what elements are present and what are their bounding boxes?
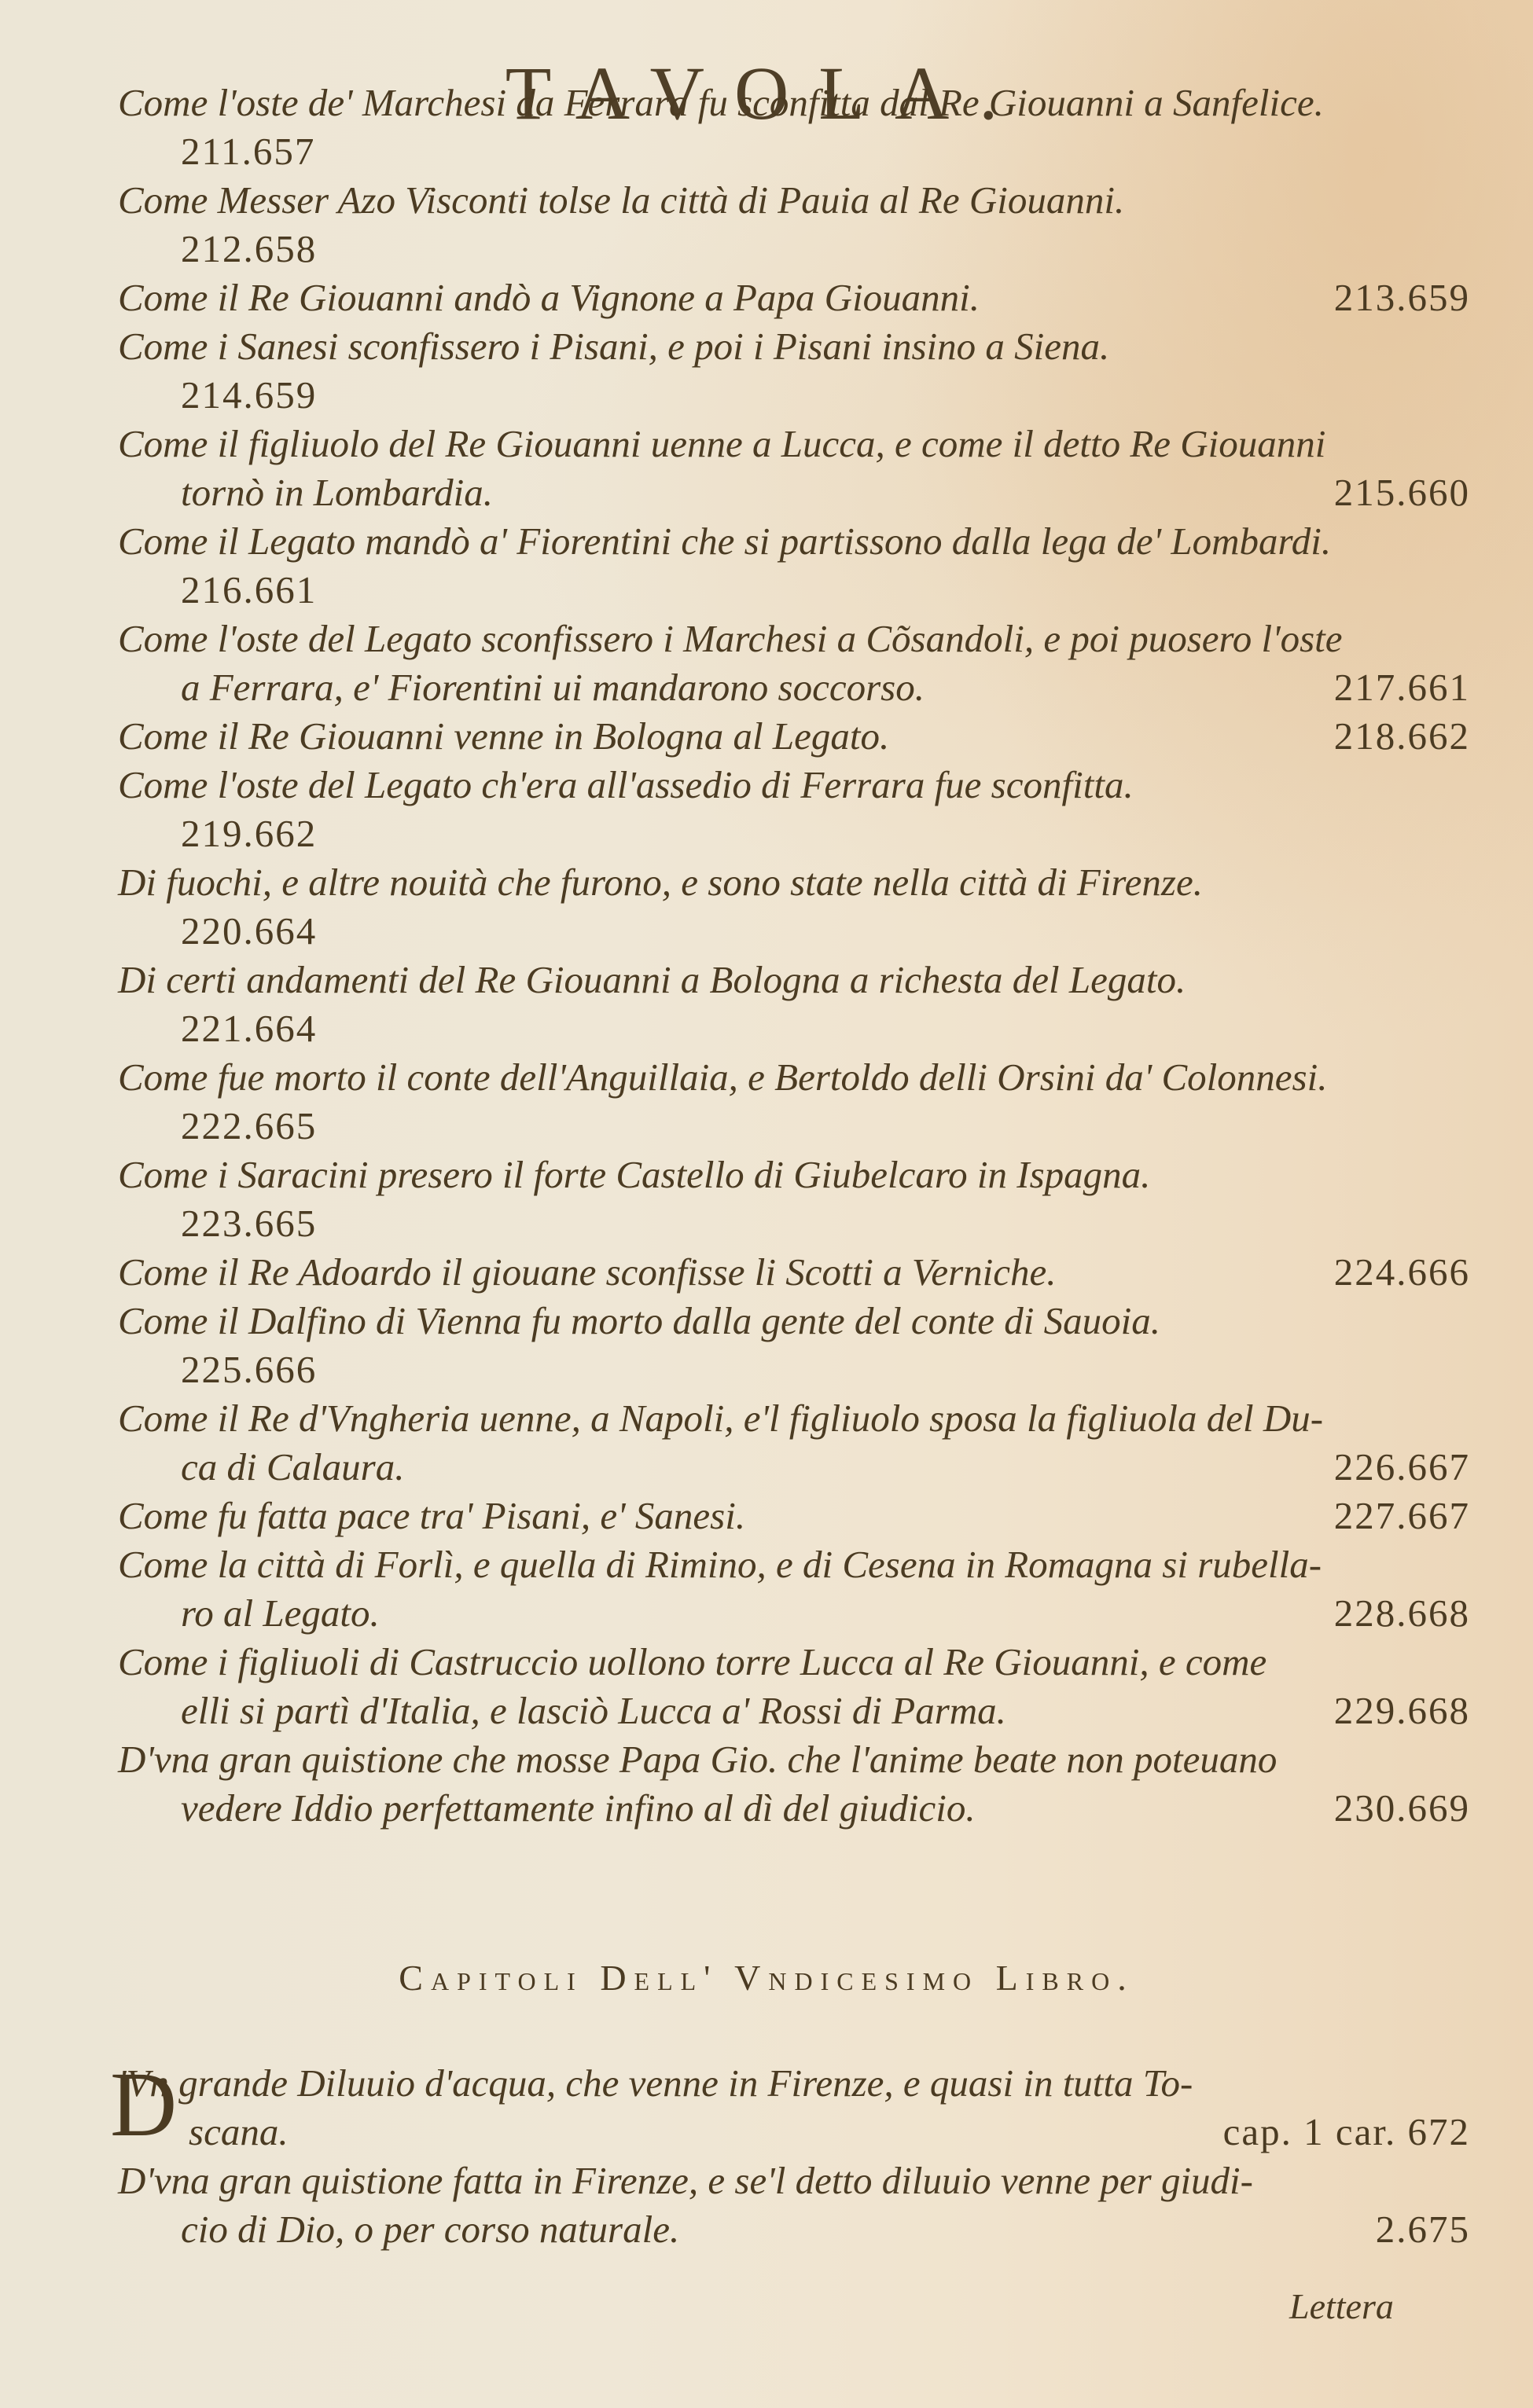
entry-line: D'vna gran quistione che mosse Papa Gio.… bbox=[118, 1735, 1470, 1784]
toc-entry: Come il figliuolo del Re Giouanni uenne … bbox=[118, 420, 1470, 517]
entry-line: Come il Re Adoardo il giouane sconfisse … bbox=[118, 1248, 1470, 1297]
entry-reference: 221.664 bbox=[181, 1004, 317, 1053]
entry-text: elli si partì d'Italia, e lasciò Lucca a… bbox=[181, 1687, 1006, 1735]
entry-text: Come il Dalfino di Vienna fu morto dalla… bbox=[118, 1297, 1160, 1345]
entry-text: Come il Re Adoardo il giouane sconfisse … bbox=[118, 1248, 1057, 1297]
section-entries: D'Vn grande Diluuio d'acqua, che venne i… bbox=[118, 2059, 1470, 2254]
entry-line: 211.657 bbox=[118, 127, 1470, 176]
entry-line: Come il Re d'Vngheria uenne, a Napoli, e… bbox=[118, 1394, 1470, 1443]
entry-text: scana. bbox=[189, 2108, 289, 2157]
toc-entry: Come l'oste de' Marchesi da Ferrara fu s… bbox=[118, 79, 1470, 176]
toc-entry: Come Messer Azo Visconti tolse la città … bbox=[118, 176, 1470, 273]
toc-entry: Come l'oste del Legato sconfissero i Mar… bbox=[118, 615, 1470, 712]
entry-line: Di fuochi, e altre nouità che furono, e … bbox=[118, 858, 1470, 907]
entry-line: D'vna gran quistione fatta in Firenze, e… bbox=[118, 2157, 1470, 2205]
entry-line: tornò in Lombardia.215.660 bbox=[118, 468, 1470, 517]
entry-text: Come l'oste del Legato sconfissero i Mar… bbox=[118, 615, 1343, 663]
entry-text: D'vna gran quistione che mosse Papa Gio.… bbox=[118, 1735, 1277, 1784]
entry-reference: 215.660 bbox=[1334, 468, 1470, 517]
toc-entry: D'vna gran quistione che mosse Papa Gio.… bbox=[118, 1735, 1470, 1833]
catchword: Lettera bbox=[1289, 2285, 1394, 2327]
entry-line: Come i figliuoli di Castruccio uollono t… bbox=[118, 1638, 1470, 1687]
entry-line: Come l'oste del Legato ch'era all'assedi… bbox=[118, 761, 1470, 809]
toc-entry: Come l'oste del Legato ch'era all'assedi… bbox=[118, 761, 1470, 858]
entry-line: Di certi andamenti del Re Giouanni a Bol… bbox=[118, 956, 1470, 1004]
entry-line: Come il Legato mandò a' Fiorentini che s… bbox=[118, 517, 1470, 566]
entry-line: Come l'oste del Legato sconfissero i Mar… bbox=[118, 615, 1470, 663]
toc-entry: Come il Re Giouanni venne in Bologna al … bbox=[118, 712, 1470, 761]
entry-reference: 228.668 bbox=[1334, 1589, 1470, 1638]
entry-text: D'vna gran quistione fatta in Firenze, e… bbox=[118, 2157, 1253, 2205]
entry-line: Come il figliuolo del Re Giouanni uenne … bbox=[118, 420, 1470, 468]
entry-text: Come l'oste de' Marchesi da Ferrara fu s… bbox=[118, 79, 1324, 127]
entry-reference: 220.664 bbox=[181, 907, 317, 956]
toc-entry: Come il Legato mandò a' Fiorentini che s… bbox=[118, 517, 1470, 615]
entry-line: cio di Dio, o per corso naturale.2.675 bbox=[118, 2205, 1470, 2254]
entry-text: Come il Re Giouanni andò a Vignone a Pap… bbox=[118, 273, 980, 322]
entry-line: Come i Sanesi sconfissero i Pisani, e po… bbox=[118, 322, 1470, 371]
entry-text: cio di Dio, o per corso naturale. bbox=[181, 2205, 679, 2254]
entry-line: 223.665 bbox=[118, 1199, 1470, 1248]
toc-entry: Come fue morto il conte dell'Anguillaia,… bbox=[118, 1053, 1470, 1151]
entry-line: a Ferrara, e' Fiorentini ui mandarono so… bbox=[118, 663, 1470, 712]
entry-line: 225.666 bbox=[118, 1345, 1470, 1394]
entry-reference: 227.667 bbox=[1334, 1492, 1470, 1540]
entry-text: a Ferrara, e' Fiorentini ui mandarono so… bbox=[181, 663, 925, 712]
toc-entry: Di fuochi, e altre nouità che furono, e … bbox=[118, 858, 1470, 956]
entry-text: Come fue morto il conte dell'Anguillaia,… bbox=[118, 1053, 1327, 1102]
entry-line: ro al Legato.228.668 bbox=[118, 1589, 1470, 1638]
entry-reference: 224.666 bbox=[1334, 1248, 1470, 1297]
toc-entry: Come fu fatta pace tra' Pisani, e' Sanes… bbox=[118, 1492, 1470, 1540]
toc-entry: Come il Dalfino di Vienna fu morto dalla… bbox=[118, 1297, 1470, 1394]
toc-entry: Come i figliuoli di Castruccio uollono t… bbox=[118, 1638, 1470, 1735]
entry-line: elli si partì d'Italia, e lasciò Lucca a… bbox=[118, 1687, 1470, 1735]
entry-text: Come l'oste del Legato ch'era all'assedi… bbox=[118, 761, 1134, 809]
entry-line: Come fue morto il conte dell'Anguillaia,… bbox=[118, 1053, 1470, 1102]
entry-text: Come i Saracini presero il forte Castell… bbox=[118, 1151, 1150, 1199]
entry-reference: 229.668 bbox=[1334, 1687, 1470, 1735]
entry-line: Come il Dalfino di Vienna fu morto dalla… bbox=[118, 1297, 1470, 1345]
entry-text: vedere Iddio perfettamente infino al dì … bbox=[181, 1784, 976, 1833]
entry-reference: 230.669 bbox=[1334, 1784, 1470, 1833]
entry-text: Come il Re d'Vngheria uenne, a Napoli, e… bbox=[118, 1394, 1323, 1443]
entry-line: 212.658 bbox=[118, 225, 1470, 273]
entry-text: Come i figliuoli di Castruccio uollono t… bbox=[118, 1638, 1266, 1687]
toc-entry: D'Vn grande Diluuio d'acqua, che venne i… bbox=[118, 2059, 1470, 2157]
entry-reference: 2.675 bbox=[1376, 2205, 1470, 2254]
entry-reference: 219.662 bbox=[181, 809, 317, 858]
entry-reference: 217.661 bbox=[1334, 663, 1470, 712]
entry-text: 'Vn grande Diluuio d'acqua, che venne in… bbox=[118, 2059, 1193, 2108]
entry-line: 220.664 bbox=[118, 907, 1470, 956]
entry-reference: 226.667 bbox=[1334, 1443, 1470, 1492]
toc-entry: Di certi andamenti del Re Giouanni a Bol… bbox=[118, 956, 1470, 1053]
toc-entry: Come i Sanesi sconfissero i Pisani, e po… bbox=[118, 322, 1470, 420]
book-page: TAVOLA. Come l'oste de' Marchesi da Ferr… bbox=[0, 0, 1533, 2408]
entry-reference: 213.659 bbox=[1334, 273, 1470, 322]
toc-entry: Come il Re Giouanni andò a Vignone a Pap… bbox=[118, 273, 1470, 322]
entry-text: Come il Re Giouanni venne in Bologna al … bbox=[118, 712, 889, 761]
entry-text: Di fuochi, e altre nouità che furono, e … bbox=[118, 858, 1203, 907]
entry-text: Come la città di Forlì, e quella di Rimi… bbox=[118, 1540, 1322, 1589]
entry-text: Come il figliuolo del Re Giouanni uenne … bbox=[118, 420, 1325, 468]
entry-text: Come i Sanesi sconfissero i Pisani, e po… bbox=[118, 322, 1109, 371]
entry-line: 221.664 bbox=[118, 1004, 1470, 1053]
drop-cap: D bbox=[110, 2065, 177, 2144]
entry-line: 222.665 bbox=[118, 1102, 1470, 1151]
entry-reference: 216.661 bbox=[181, 566, 317, 615]
section-heading: Capitoli Dell' Vndicesimo Libro. bbox=[0, 1957, 1533, 1999]
entry-reference: 222.665 bbox=[181, 1102, 317, 1151]
entry-line: ca di Calaura.226.667 bbox=[118, 1443, 1470, 1492]
entry-text: tornò in Lombardia. bbox=[181, 468, 493, 517]
entry-text: Come fu fatta pace tra' Pisani, e' Sanes… bbox=[118, 1492, 745, 1540]
entry-line: 214.659 bbox=[118, 371, 1470, 420]
entry-reference: 223.665 bbox=[181, 1199, 317, 1248]
toc-entry: Come il Re Adoardo il giouane sconfisse … bbox=[118, 1248, 1470, 1297]
entry-line: Come Messer Azo Visconti tolse la città … bbox=[118, 176, 1470, 225]
entry-text: ca di Calaura. bbox=[181, 1443, 404, 1492]
entry-reference: 218.662 bbox=[1334, 712, 1470, 761]
entry-line: 216.661 bbox=[118, 566, 1470, 615]
entry-line: vedere Iddio perfettamente infino al dì … bbox=[118, 1784, 1470, 1833]
entry-reference: 214.659 bbox=[181, 371, 317, 420]
entry-line: Come il Re Giouanni venne in Bologna al … bbox=[118, 712, 1470, 761]
toc-entry: Come la città di Forlì, e quella di Rimi… bbox=[118, 1540, 1470, 1638]
entry-line: Come l'oste de' Marchesi da Ferrara fu s… bbox=[118, 79, 1470, 127]
table-of-contents: Come l'oste de' Marchesi da Ferrara fu s… bbox=[118, 79, 1470, 1833]
entry-text: Come il Legato mandò a' Fiorentini che s… bbox=[118, 517, 1331, 566]
entry-line: Come il Re Giouanni andò a Vignone a Pap… bbox=[118, 273, 1470, 322]
entry-line: 'Vn grande Diluuio d'acqua, che venne in… bbox=[118, 2059, 1470, 2108]
entry-line: Come la città di Forlì, e quella di Rimi… bbox=[118, 1540, 1470, 1589]
entry-text: ro al Legato. bbox=[181, 1589, 380, 1638]
toc-entry: D'vna gran quistione fatta in Firenze, e… bbox=[118, 2157, 1470, 2254]
entry-line: scana.cap. 1 car. 672 bbox=[118, 2108, 1470, 2157]
entry-reference: cap. 1 car. 672 bbox=[1223, 2108, 1470, 2157]
entry-text: Di certi andamenti del Re Giouanni a Bol… bbox=[118, 956, 1186, 1004]
entry-reference: 211.657 bbox=[181, 127, 315, 176]
entry-reference: 225.666 bbox=[181, 1345, 317, 1394]
entry-reference: 212.658 bbox=[181, 225, 317, 273]
toc-entry: Come i Saracini presero il forte Castell… bbox=[118, 1151, 1470, 1248]
entry-line: Come fu fatta pace tra' Pisani, e' Sanes… bbox=[118, 1492, 1470, 1540]
toc-entry: Come il Re d'Vngheria uenne, a Napoli, e… bbox=[118, 1394, 1470, 1492]
entry-line: Come i Saracini presero il forte Castell… bbox=[118, 1151, 1470, 1199]
entry-line: 219.662 bbox=[118, 809, 1470, 858]
entry-text: Come Messer Azo Visconti tolse la città … bbox=[118, 176, 1124, 225]
